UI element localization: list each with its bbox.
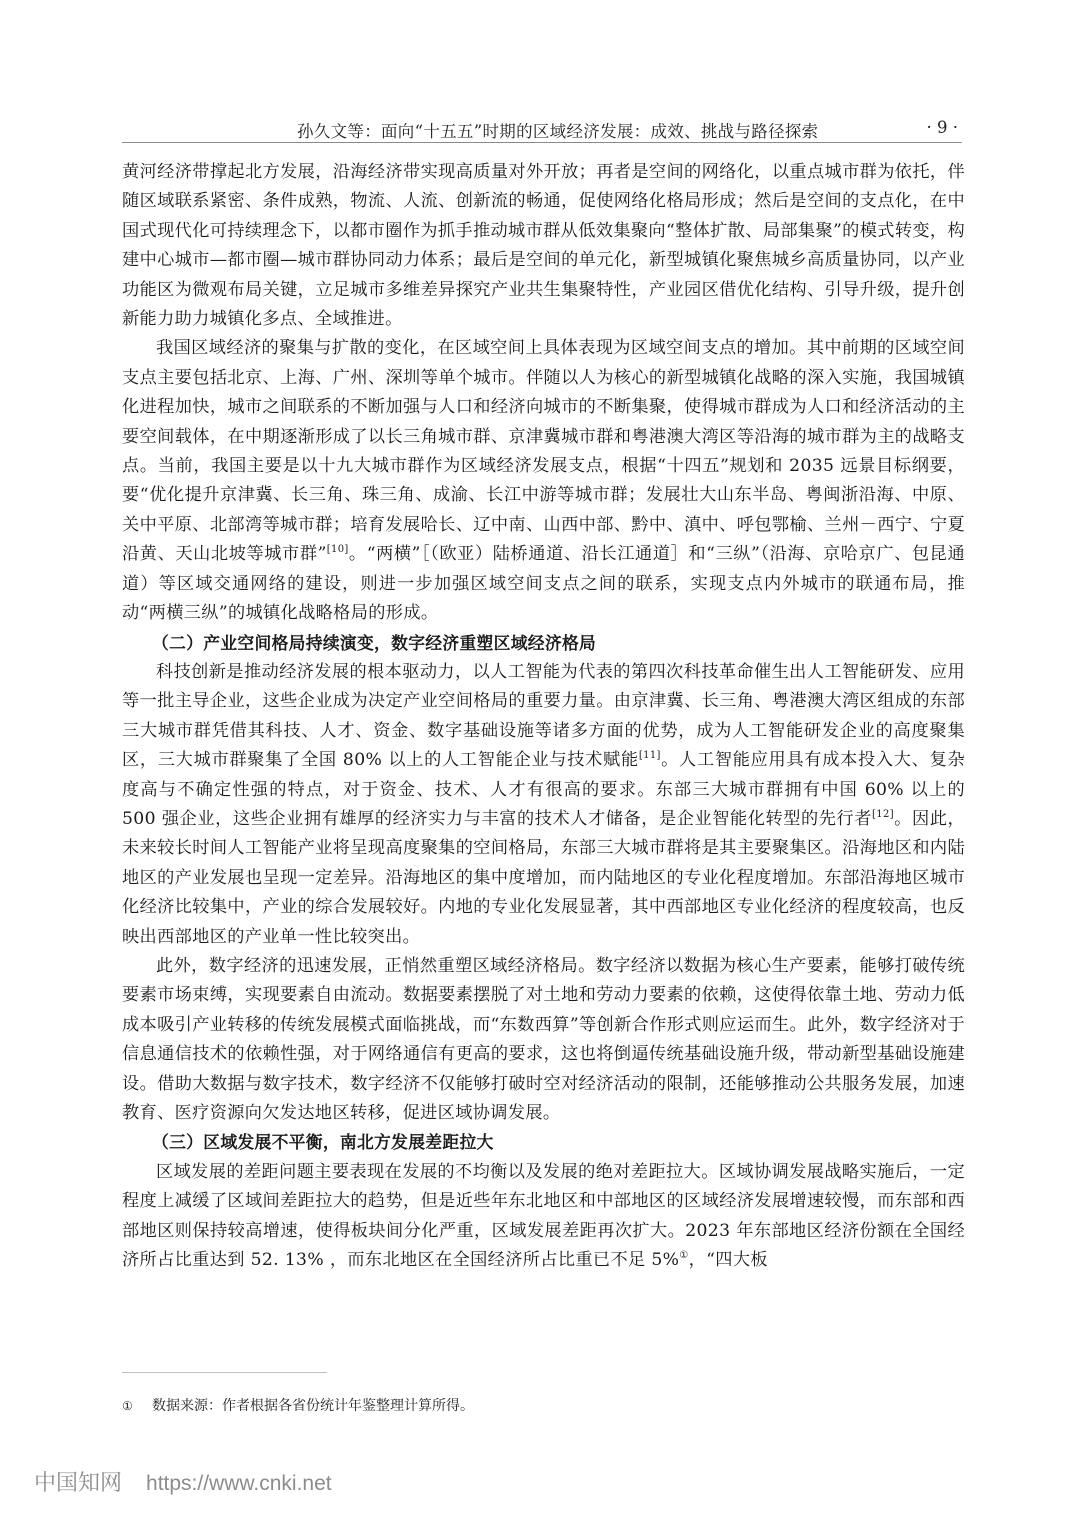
paragraph-text: 我国区域经济的聚集与扩散的变化，在区域空间上具体表现为区域空间支点的增加。其中前… (122, 338, 965, 564)
paragraph-digital-economy: 此外，数字经济的迅速发展，正悄然重塑区域经济格局。数字经济以数据为核心生产要素，… (122, 952, 965, 1128)
paragraph-regional-gap: 区域发展的差距问题主要表现在发展的不均衡以及发展的绝对差距拉大。区域协调发展战略… (122, 1158, 965, 1276)
paragraph-spatial-pivots: 我国区域经济的聚集与扩散的变化，在区域空间上具体表现为区域空间支点的增加。其中前… (122, 334, 965, 628)
footnote-divider (122, 1372, 327, 1373)
footnote: ①数据来源：作者根据各省份统计年鉴整理计算所得。 (122, 1395, 474, 1415)
article-body: 黄河经济带撑起北方发展，沿海经济带实现高质量对外开放；再者是空间的网络化，以重点… (122, 158, 965, 1275)
footnote-ref[interactable]: ① (679, 1250, 688, 1261)
footnote-text: 数据来源：作者根据各省份统计年鉴整理计算所得。 (152, 1398, 474, 1414)
footnote-mark: ① (122, 1399, 152, 1413)
cnki-watermark: 中国知网https://www.cnki.net (34, 1466, 332, 1497)
paragraph-ai-industry: 科技创新是推动经济发展的根本驱动力，以人工智能为代表的第四次科技革命催生出人工智… (122, 658, 965, 952)
page-number: · 9 · (927, 118, 958, 137)
section-heading-2: （二）产业空间格局持续演变，数字经济重塑区域经济格局 (122, 629, 965, 658)
paragraph-text: ，“四大板 (689, 1250, 768, 1270)
citation-ref[interactable]: [11] (639, 750, 661, 761)
paragraph-continued: 黄河经济带撑起北方发展，沿海经济带实现高质量对外开放；再者是空间的网络化，以重点… (122, 158, 965, 334)
watermark-brand: 中国知网 (34, 1470, 122, 1495)
watermark-url[interactable]: https://www.cnki.net (146, 1472, 332, 1495)
paragraph-text: 区域发展的差距问题主要表现在发展的不均衡以及发展的绝对差距拉大。区域协调发展战略… (122, 1162, 965, 1270)
running-header: 孙久文等：面向“十五五”时期的区域经济发展：成效、挑战与路径探索 · 9 · (122, 112, 962, 143)
citation-ref[interactable]: [10] (327, 544, 349, 555)
paragraph-text: 。因此，未来较长时间人工智能产业将呈现高度聚集的空间格局，东部三大城市群将是其主… (122, 809, 965, 947)
citation-ref[interactable]: [12] (872, 809, 894, 820)
section-heading-3: （三）区域发展不平衡，南北方发展差距拉大 (122, 1128, 965, 1157)
running-title: 孙久文等：面向“十五五”时期的区域经济发展：成效、挑战与路径探索 (297, 118, 818, 142)
